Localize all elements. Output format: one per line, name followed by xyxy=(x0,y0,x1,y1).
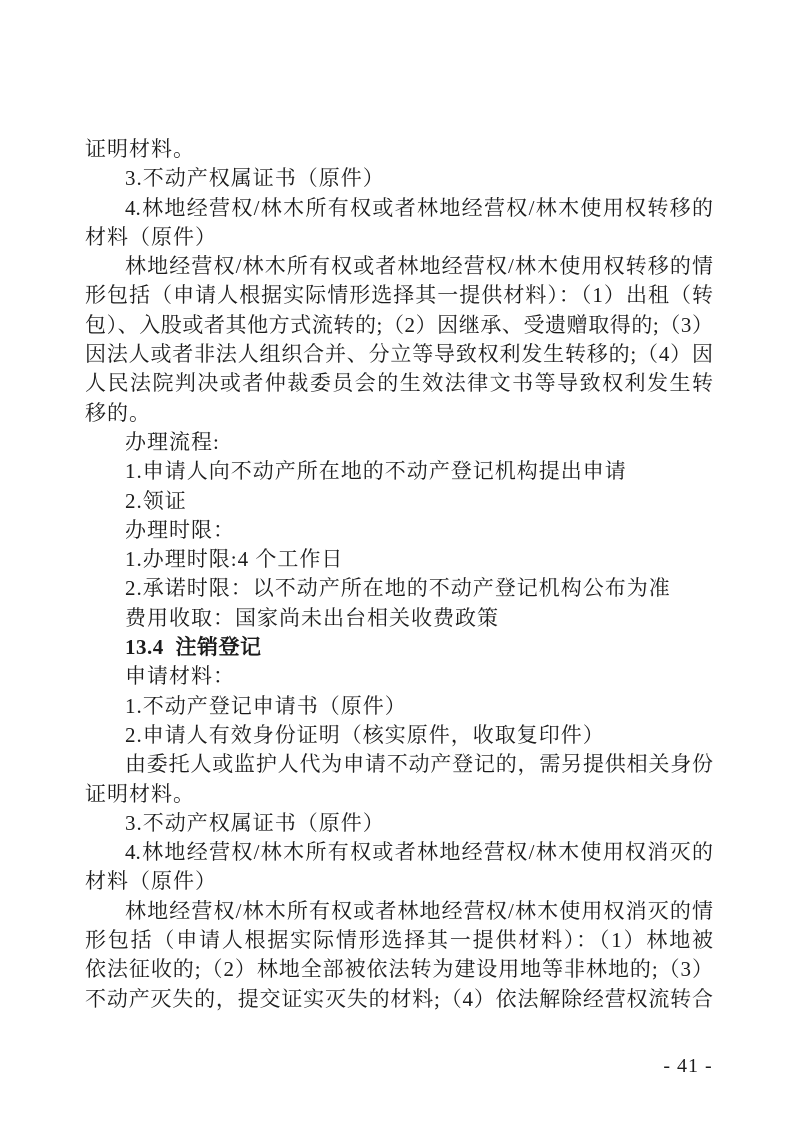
section-heading: 13.4 注销登记 xyxy=(85,633,713,662)
text-line: 形包括（申请人根据实际情形选择其一提供材料）：（1）出租（转 xyxy=(85,281,713,310)
text-line: 林地经营权/林木所有权或者林地经营权/林木使用权转移的情 xyxy=(85,252,713,281)
page-number: - 41 - xyxy=(648,1052,728,1080)
text-line: 证明材料。 xyxy=(85,780,713,809)
text-line: 人民法院判决或者仲裁委员会的生效法律文书等导致权利发生转 xyxy=(85,369,713,398)
text-line: 4.林地经营权/林木所有权或者林地经营权/林木使用权转移的 xyxy=(85,194,713,223)
text-line: 办理时限： xyxy=(85,516,713,545)
text-line: 2.承诺时限：以不动产所在地的不动产登记机构公布为准 xyxy=(85,574,713,603)
text-line: 由委托人或监护人代为申请不动产登记的，需另提供相关身份 xyxy=(85,750,713,779)
text-line: 证明材料。 xyxy=(85,135,713,164)
text-line: 形包括（申请人根据实际情形选择其一提供材料）：（1）林地被 xyxy=(85,926,713,955)
text-line: 2.申请人有效身份证明（核实原件，收取复印件） xyxy=(85,721,713,750)
document-page: 证明材料。 3.不动产权属证书（原件） 4.林地经营权/林木所有权或者林地经营权… xyxy=(0,0,793,1122)
text-line: 材料（原件） xyxy=(85,867,713,896)
text-line: 林地经营权/林木所有权或者林地经营权/林木使用权消灭的情 xyxy=(85,897,713,926)
text-line: 2.领证 xyxy=(85,487,713,516)
text-line: 包）、入股或者其他方式流转的;（2）因继承、受遗赠取得的;（3） xyxy=(85,311,713,340)
text-line: 1.不动产登记申请书（原件） xyxy=(85,692,713,721)
text-line: 移的。 xyxy=(85,399,713,428)
text-line: 3.不动产权属证书（原件） xyxy=(85,809,713,838)
text-line: 费用收取：国家尚未出台相关收费政策 xyxy=(85,604,713,633)
text-line: 4.林地经营权/林木所有权或者林地经营权/林木使用权消灭的 xyxy=(85,838,713,867)
document-body: 证明材料。 3.不动产权属证书（原件） 4.林地经营权/林木所有权或者林地经营权… xyxy=(85,135,713,1014)
text-line: 办理流程: xyxy=(85,428,713,457)
text-line: 依法征收的;（2）林地全部被依法转为建设用地等非林地的;（3） xyxy=(85,955,713,984)
text-line: 1.申请人向不动产所在地的不动产登记机构提出申请 xyxy=(85,457,713,486)
text-line: 3.不动产权属证书（原件） xyxy=(85,164,713,193)
text-line: 申请材料： xyxy=(85,662,713,691)
text-line: 不动产灭失的，提交证实灭失的材料;（4）依法解除经营权流转合 xyxy=(85,985,713,1014)
text-line: 1.办理时限:4 个工作日 xyxy=(85,545,713,574)
text-line: 因法人或者非法人组织合并、分立等导致权利发生转移的;（4）因 xyxy=(85,340,713,369)
text-line: 材料（原件） xyxy=(85,223,713,252)
